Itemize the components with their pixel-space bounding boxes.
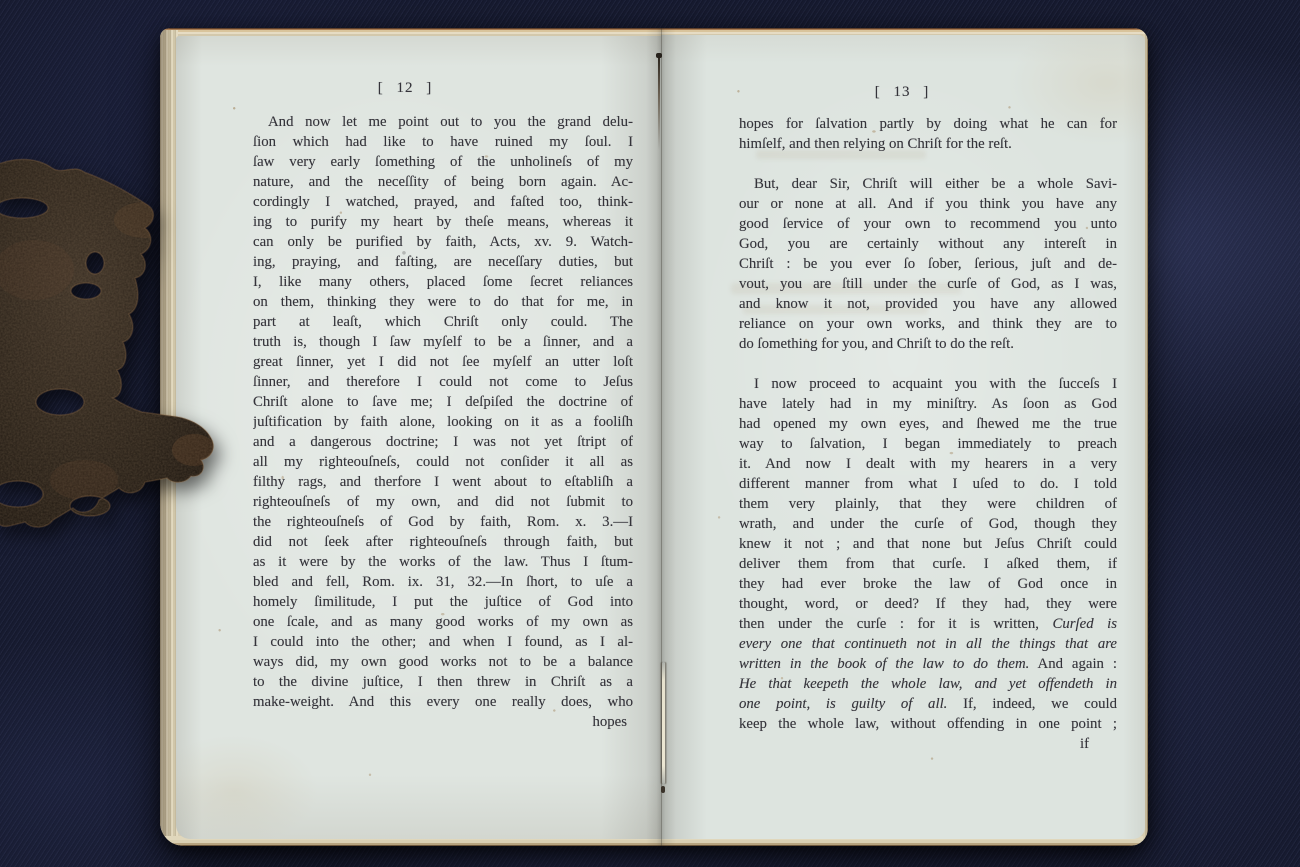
page-number: [ 13 ] bbox=[713, 82, 1091, 102]
text-line: ing, praying, and faſting, are neceſſary… bbox=[253, 252, 633, 272]
text-line: deliver them from that curſe. I aſked th… bbox=[739, 554, 1117, 574]
iron-fragment bbox=[0, 150, 230, 530]
text-line: homely ſimilitude, I put the juſtice of … bbox=[253, 592, 633, 612]
text-line: one point, is guilty of all. If, indeed,… bbox=[739, 694, 1117, 714]
text-line: bled and fell, Rom. ix. 31, 32.—In ſhort… bbox=[253, 572, 633, 592]
photo-scene: { "colors": { "background_fabric": "#1c2… bbox=[0, 0, 1300, 867]
text-line: they had ever broke the law of God once … bbox=[739, 574, 1117, 594]
text-line: cordingly I watched, prayed, and faſted … bbox=[253, 192, 633, 212]
text-line: knew it not ; and that none but Jeſus Ch… bbox=[739, 534, 1117, 554]
text-line: great ſinner, yet I did not ſee myſelf a… bbox=[253, 352, 633, 372]
text-line: ways did, my own good works not to be a … bbox=[253, 652, 633, 672]
text-line: Chriſt : be you ever ſo ſober, ſerious, … bbox=[739, 254, 1117, 274]
text-line: and a dangerous doctrine; I was not yet … bbox=[253, 432, 633, 452]
text-line: ing to purify my heart by theſe means, w… bbox=[253, 212, 633, 232]
text-line: Chriſt alone to ſave me; I deſpiſed the … bbox=[253, 392, 633, 412]
text-line: can only be purified by faith, Acts, xv.… bbox=[253, 232, 633, 252]
text-line: the righteouſneſs of God by faith, Rom. … bbox=[253, 512, 633, 532]
left-page-text: And now let me point out to you the gran… bbox=[253, 112, 633, 712]
text-line: do ſomething for you, and Chriſt to do t… bbox=[739, 334, 1117, 354]
book-gutter bbox=[646, 28, 676, 846]
catchword: hopes bbox=[253, 712, 633, 732]
text-line: He that keepeth the whole law, and yet o… bbox=[739, 674, 1117, 694]
text-line: make-weight. And this every one really d… bbox=[253, 692, 633, 712]
text-line: truth is, though I ſaw myſelf to be a ſi… bbox=[253, 332, 633, 352]
text-line: reliance on your own works, and think th… bbox=[739, 314, 1117, 334]
text-line: righteouſneſs of my own, and did not ſub… bbox=[253, 492, 633, 512]
text-line: them very plainly, that they were childr… bbox=[739, 494, 1117, 514]
text-line: to the divine juſtice, I then threw in C… bbox=[253, 672, 633, 692]
text-line: I now proceed to acquaint you with the ſ… bbox=[739, 374, 1117, 394]
text-line: way to ſalvation, I began immediately to… bbox=[739, 434, 1117, 454]
binding-stitch-bottom bbox=[662, 662, 665, 784]
text-line: as it were by the works of the law. Thus… bbox=[253, 552, 633, 572]
text-line: one ſcale, and as many good works of my … bbox=[253, 612, 633, 632]
text-line: ſinner, and therefore I could not come t… bbox=[253, 372, 633, 392]
text-line: vout, you are ſtill under the curſe of G… bbox=[739, 274, 1117, 294]
text-line: have lately had in my miniſtry. As ſoon … bbox=[739, 394, 1117, 414]
text-line: I, like many others, placed ſome ſecret … bbox=[253, 272, 633, 292]
text-line: good ſervice of your own to recommend yo… bbox=[739, 214, 1117, 234]
text-line: part at leaſt, which Chriſt only could. … bbox=[253, 312, 633, 332]
text-line: and know it not, provided you have any a… bbox=[739, 294, 1117, 314]
text-line: nature, and the neceſſity of being born … bbox=[253, 172, 633, 192]
text-line: And now let me point out to you the gran… bbox=[253, 112, 633, 132]
right-page-text: hopes for ſalvation partly by doing what… bbox=[739, 114, 1117, 734]
right-page-column: [ 13 ] hopes for ſalvation partly by doi… bbox=[739, 114, 1117, 754]
open-book: [ 12 ] And now let me point out to you t… bbox=[160, 28, 1148, 846]
text-line: hopes for ſalvation partly by doing what… bbox=[739, 114, 1117, 134]
text-line: God, you are certainly without any inter… bbox=[739, 234, 1117, 254]
text-line: every one that continueth not in all the… bbox=[739, 634, 1117, 654]
text-line: did not ſeek after righteouſneſs through… bbox=[253, 532, 633, 552]
text-line: written in the book of the law to do the… bbox=[739, 654, 1117, 674]
text-line: ſion which had like to have ruined my ſo… bbox=[253, 132, 633, 152]
text-line: then under the curſe : for it is written… bbox=[739, 614, 1117, 634]
text-line: himſelf, and then relying on Chriſt for … bbox=[739, 134, 1117, 154]
text-line: all my righteouſneſs, could not conſider… bbox=[253, 452, 633, 472]
text-line: thought, word, or deed? If they had, the… bbox=[739, 594, 1117, 614]
text-line: filthy rags, and therfore I went about t… bbox=[253, 472, 633, 492]
left-page-column: [ 12 ] And now let me point out to you t… bbox=[253, 112, 633, 732]
text-line bbox=[739, 354, 1117, 374]
text-line: on them, thinking they were to do that f… bbox=[253, 292, 633, 312]
text-line: it. And now I dealt with my hearers in a… bbox=[739, 454, 1117, 474]
text-line: our or none at all. And if you think you… bbox=[739, 194, 1117, 214]
text-line: wrath, and under the curſe of God, thoug… bbox=[739, 514, 1117, 534]
text-line: different manner from what I uſed to do.… bbox=[739, 474, 1117, 494]
text-line: had opened my own eyes, and ſhewed me th… bbox=[739, 414, 1117, 434]
text-line: I could into the other; and when I found… bbox=[253, 632, 633, 652]
text-line: ſaw very early ſomething of the unholine… bbox=[253, 152, 633, 172]
catchword: if bbox=[739, 734, 1117, 754]
text-line: juſtification by faith alone, looking on… bbox=[253, 412, 633, 432]
text-line: But, dear Sir, Chriſt will either be a w… bbox=[739, 174, 1117, 194]
binding-stitch-top bbox=[658, 58, 660, 150]
page-number: [ 12 ] bbox=[215, 78, 595, 98]
text-line: keep the whole law, without offending in… bbox=[739, 714, 1117, 734]
text-line bbox=[739, 154, 1117, 174]
